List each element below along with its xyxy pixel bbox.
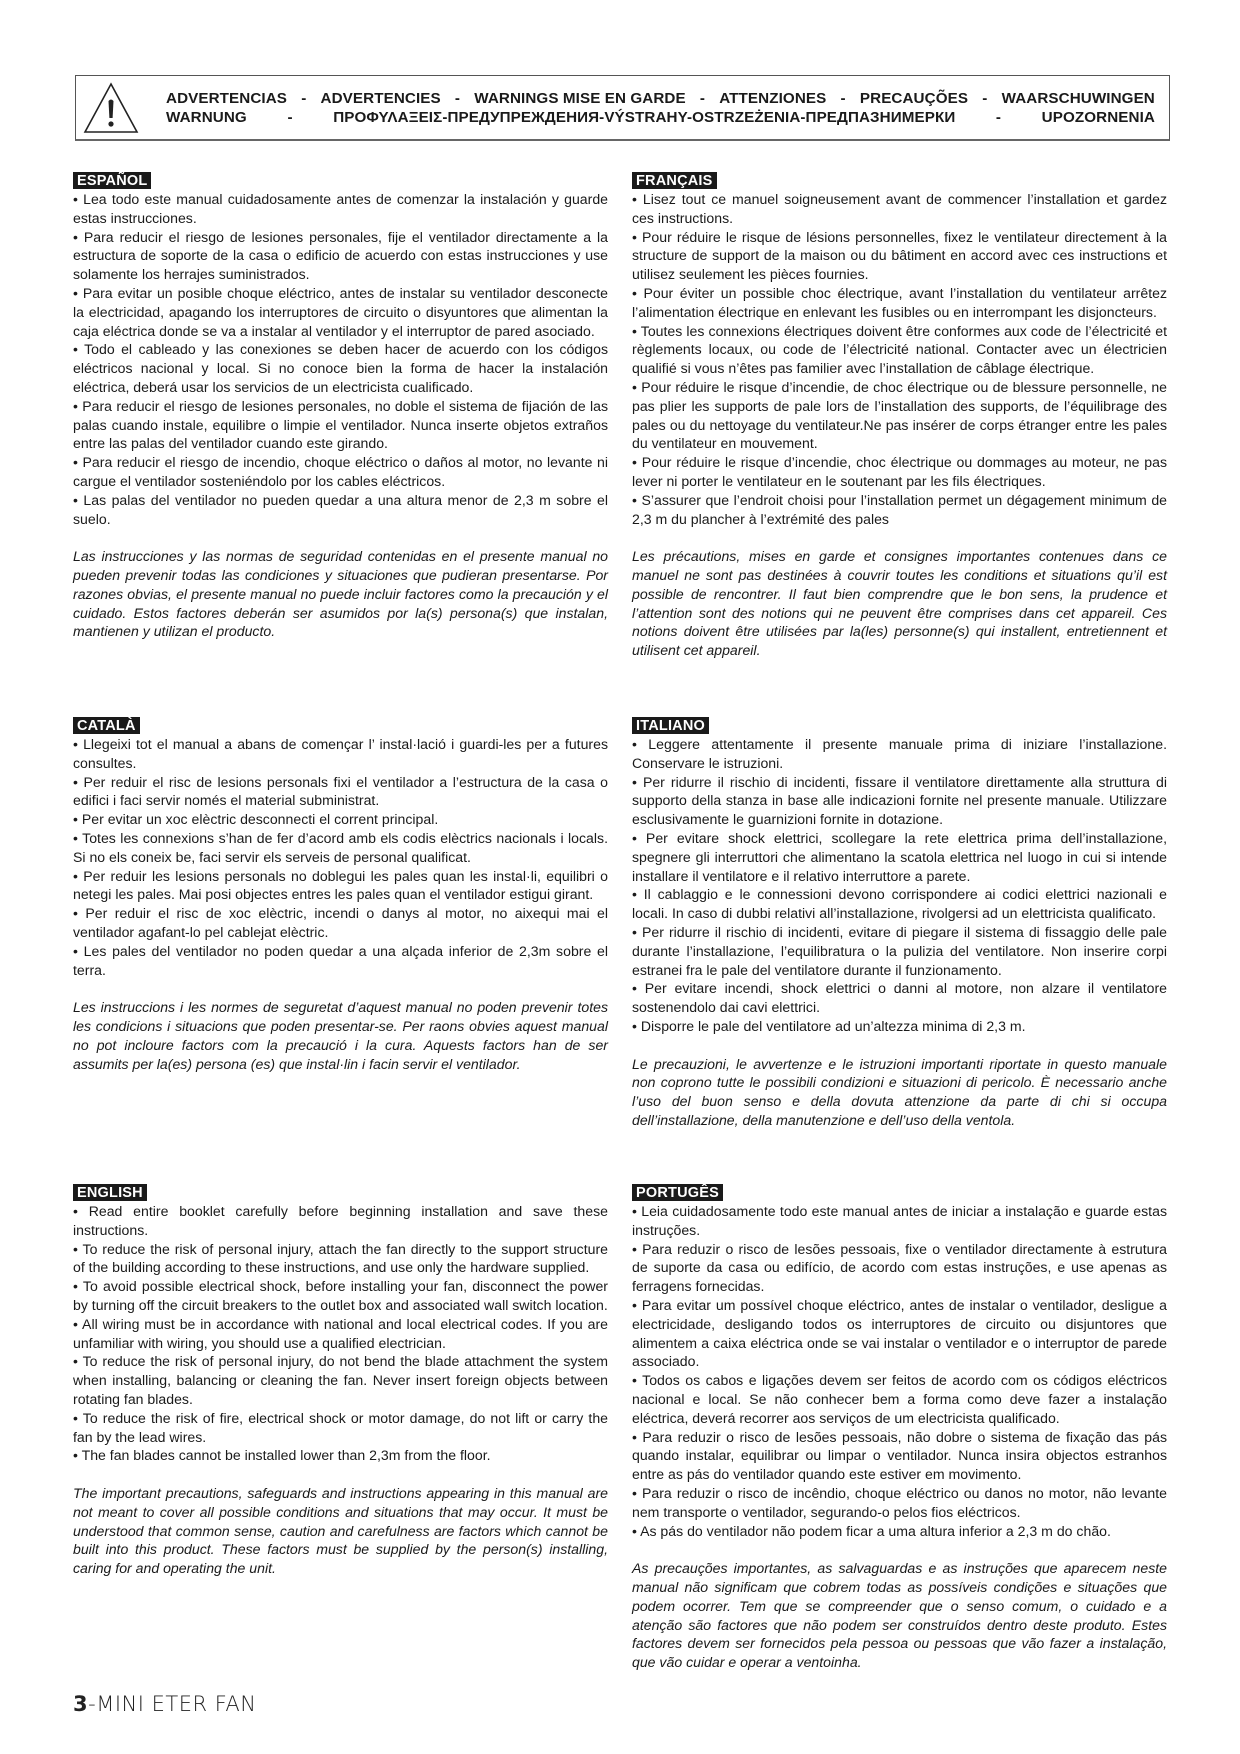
- list-item: • Lisez tout ce manuel soigneusement ava…: [632, 190, 1167, 228]
- language-label: CATALÀ: [73, 717, 140, 734]
- warning-banner: ADVERTENCIAS - ADVERTENCIES - WARNINGS M…: [75, 75, 1170, 141]
- list-item: • Per ridurre il rischio di incidenti, e…: [632, 923, 1167, 979]
- disclaimer-note: Les instruccions i les normes de seguret…: [73, 998, 608, 1073]
- warning-list: • Lisez tout ce manuel soigneusement ava…: [632, 190, 1167, 528]
- list-item: • Todo el cableado y las conexiones se d…: [73, 340, 608, 396]
- section-portugues: PORTUGÊS • Leia cuidadosamente todo este…: [632, 1183, 1167, 1672]
- page-footer: 3-MINI ETER FAN: [73, 1692, 256, 1716]
- list-item: • Pour réduire le risque de lésions pers…: [632, 228, 1167, 284]
- list-item: • Leggere attentamente il presente manua…: [632, 735, 1167, 773]
- list-item: • To reduce the risk of personal injury,…: [73, 1240, 608, 1278]
- list-item: • Para reduzir o risco de lesões pessoai…: [632, 1428, 1167, 1484]
- warning-list: • Leia cuidadosamente todo este manual a…: [632, 1202, 1167, 1540]
- list-item: • To reduce the risk of personal injury,…: [73, 1352, 608, 1408]
- list-item: • Les pales del ventilador no poden qued…: [73, 942, 608, 980]
- section-espanol: ESPAÑOL • Lea todo este manual cuidadosa…: [73, 171, 608, 641]
- disclaimer-note: Le precauzioni, le avvertenze e le istru…: [632, 1055, 1167, 1130]
- disclaimer-note: As precauções importantes, as salvaguard…: [632, 1559, 1167, 1672]
- list-item: • To reduce the risk of fire, electrical…: [73, 1409, 608, 1447]
- warning-title: ADVERTENCIAS - ADVERTENCIES - WARNINGS M…: [146, 89, 1169, 127]
- list-item: • Toutes les connexions électriques doiv…: [632, 322, 1167, 378]
- list-item: • The fan blades cannot be installed low…: [73, 1446, 608, 1465]
- list-item: • Read entire booklet carefully before b…: [73, 1202, 608, 1240]
- section-catala: CATALÀ • Llegeixi tot el manual a abans …: [73, 716, 608, 1073]
- list-item: • Para reducir el riesgo de lesiones per…: [73, 397, 608, 453]
- list-item: • Lea todo este manual cuidadosamente an…: [73, 190, 608, 228]
- warning-list: • Leggere attentamente il presente manua…: [632, 735, 1167, 1036]
- language-label: PORTUGÊS: [632, 1184, 723, 1201]
- disclaimer-note: Las instrucciones y las normas de seguri…: [73, 547, 608, 641]
- list-item: • Il cablaggio e le connessioni devono c…: [632, 885, 1167, 923]
- list-item: • Todos os cabos e ligações devem ser fe…: [632, 1371, 1167, 1427]
- warning-line-2: WARNUNG - ΠΡΟΦΥΛΑΞΕΙΣ-ПРЕДУПРЕЖДЕНИЯ-VÝS…: [166, 108, 1155, 127]
- list-item: • All wiring must be in accordance with …: [73, 1315, 608, 1353]
- warning-list: • Lea todo este manual cuidadosamente an…: [73, 190, 608, 528]
- language-label: FRANÇAIS: [632, 172, 717, 189]
- list-item: • Per evitar un xoc elèctric desconnecti…: [73, 810, 608, 829]
- disclaimer-note: The important precautions, safeguards an…: [73, 1484, 608, 1578]
- language-label: ESPAÑOL: [73, 172, 151, 189]
- product-name: -MINI ETER FAN: [88, 1692, 256, 1716]
- list-item: • Las palas del ventilador no pueden que…: [73, 491, 608, 529]
- section-francais: FRANÇAIS • Lisez tout ce manuel soigneus…: [632, 171, 1167, 660]
- list-item: • Per evitare shock elettrici, scollegar…: [632, 829, 1167, 885]
- list-item: • Per ridurre il rischio di incidenti, f…: [632, 773, 1167, 829]
- warning-list: • Llegeixi tot el manual a abans de come…: [73, 735, 608, 979]
- list-item: • Per evitare incendi, shock elettrici o…: [632, 979, 1167, 1017]
- list-item: • Per reduir les lesions personals no do…: [73, 867, 608, 905]
- list-item: • Pour réduire le risque d’incendie, cho…: [632, 453, 1167, 491]
- list-item: • Para reduzir o risco de incêndio, choq…: [632, 1484, 1167, 1522]
- list-item: • Totes les connexions s’han de fer d’ac…: [73, 829, 608, 867]
- list-item: • Disporre le pale del ventilatore ad un…: [632, 1017, 1167, 1036]
- section-english: ENGLISH • Read entire booklet carefully …: [73, 1183, 608, 1578]
- list-item: • Para reducir el riesgo de incendio, ch…: [73, 453, 608, 491]
- list-item: • Para reduzir o risco de lesões pessoai…: [632, 1240, 1167, 1296]
- language-label: ITALIANO: [632, 717, 709, 734]
- warning-list: • Read entire booklet carefully before b…: [73, 1202, 608, 1465]
- list-item: • Leia cuidadosamente todo este manual a…: [632, 1202, 1167, 1240]
- list-item: • Para reducir el riesgo de lesiones per…: [73, 228, 608, 284]
- list-item: • Pour éviter un possible choc électriqu…: [632, 284, 1167, 322]
- disclaimer-note: Les précautions, mises en garde et consi…: [632, 547, 1167, 660]
- list-item: • Pour réduire le risque d’incendie, de …: [632, 378, 1167, 453]
- list-item: • Para evitar um possível choque eléctri…: [632, 1296, 1167, 1371]
- list-item: • As pás do ventilador não podem ficar a…: [632, 1522, 1167, 1541]
- page-number: 3: [73, 1692, 88, 1716]
- list-item: • Per reduir el risc de lesions personal…: [73, 773, 608, 811]
- list-item: • Para evitar un posible choque eléctric…: [73, 284, 608, 340]
- list-item: • Per reduir el risc de xoc elèctric, in…: [73, 904, 608, 942]
- list-item: • To avoid possible electrical shock, be…: [73, 1277, 608, 1315]
- language-label: ENGLISH: [73, 1184, 147, 1201]
- warning-line-1: ADVERTENCIAS - ADVERTENCIES - WARNINGS M…: [166, 89, 1155, 108]
- section-italiano: ITALIANO • Leggere attentamente il prese…: [632, 716, 1167, 1130]
- list-item: • S’assurer que l’endroit choisi pour l’…: [632, 491, 1167, 529]
- warning-triangle-icon: [76, 77, 146, 139]
- list-item: • Llegeixi tot el manual a abans de come…: [73, 735, 608, 773]
